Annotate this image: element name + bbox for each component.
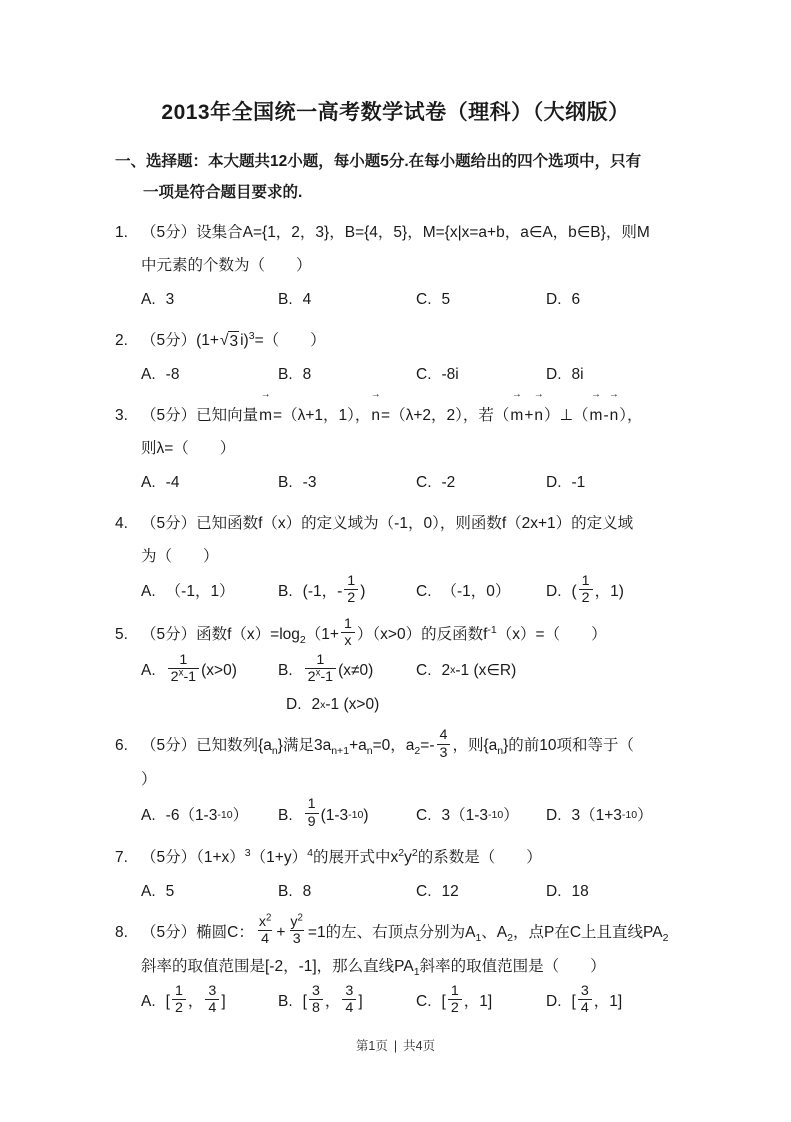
option-row: A.-8B.8C.-8iD.8i — [141, 359, 691, 390]
fraction: 12x-1 — [305, 652, 336, 686]
option-row: A.[12，34]B.[38，34]C.[12，1]D.[34，1] — [141, 985, 691, 1019]
question-number: 2. — [115, 324, 128, 357]
option-label: C. — [416, 467, 432, 498]
option-label: B. — [278, 359, 293, 390]
fraction-numerator: 3 — [578, 983, 592, 999]
question-line: （5分）(1+√3i)3=（ ） — [141, 324, 691, 357]
superscript: 4 — [307, 847, 313, 859]
option-content: 5 — [166, 876, 175, 907]
option-c: C.12 — [416, 876, 546, 907]
option-content: 8 — [303, 359, 312, 390]
option-content: 6 — [572, 284, 581, 315]
question-line: （5分）（1+x）3（1+y）4的展开式中x2y2的系数是（ ） — [141, 841, 691, 874]
vector-symbol: →m — [259, 399, 272, 432]
footer-page-number: 第1页 — [356, 1039, 388, 1053]
option-c: C.[12，1] — [416, 985, 546, 1019]
option-label: B. — [278, 986, 293, 1017]
option-content: 2x-1 (x∈R) — [442, 655, 517, 686]
fraction-numerator: 4 — [437, 727, 451, 743]
fraction-numerator: 1 — [448, 983, 462, 999]
fraction-denominator: 9 — [305, 813, 319, 830]
fraction-denominator: 2x-1 — [168, 668, 199, 685]
question-4: 4.（5分）已知函数f（x）的定义域为（-1，0），则函数f（2x+1）的定义域… — [141, 507, 691, 609]
option-row: A.3B.4C.5D.6 — [141, 284, 691, 315]
option-label: C. — [416, 655, 432, 686]
superscript: x — [179, 667, 184, 678]
option-content: [12，34] — [166, 985, 226, 1019]
option-label: A. — [141, 576, 156, 607]
option-b: B.8 — [278, 359, 416, 390]
question-7: 7.（5分）（1+x）3（1+y）4的展开式中x2y2的系数是（ ）A.5B.8… — [141, 841, 691, 907]
fraction-denominator: 4 — [578, 999, 592, 1016]
fraction: 12x-1 — [168, 652, 199, 686]
vector-arrow-icon: → — [512, 390, 522, 400]
option-d: D.(12，1) — [546, 575, 624, 609]
question-number: 4. — [115, 507, 128, 540]
fraction: 34 — [205, 983, 219, 1017]
fraction-numerator: 1 — [172, 983, 186, 999]
option-a: A.12x-1(x>0) — [141, 654, 278, 688]
fraction-denominator: 3 — [290, 930, 304, 947]
option-a: A.-4 — [141, 467, 278, 498]
option-label: D. — [546, 986, 562, 1017]
subscript: 2 — [663, 932, 669, 944]
fraction-denominator: 2 — [448, 999, 462, 1016]
option-content: [34，1] — [572, 985, 623, 1019]
footer-separator: | — [394, 1039, 397, 1053]
sqrt-radicand: 3 — [228, 331, 239, 351]
option-content: -8 — [166, 359, 180, 390]
question-line: （5分）椭圆C：x24+y23=1的左、右顶点分别为A1、A2，点P在C上且直线… — [141, 916, 691, 950]
option-content: 4 — [303, 284, 312, 315]
option-label: B. — [278, 284, 293, 315]
option-d: D.-1 — [546, 467, 585, 498]
option-c: C.-8i — [416, 359, 546, 390]
option-content: 3 — [166, 284, 175, 315]
fraction-numerator: 1 — [579, 573, 593, 589]
fraction-numerator: 1 — [341, 616, 355, 632]
fraction: 12 — [344, 573, 358, 607]
superscript: 3 — [249, 330, 255, 342]
option-label: C. — [416, 800, 432, 831]
question-number: 3. — [115, 399, 128, 432]
option-c: C.2x-1 (x∈R) — [416, 655, 546, 686]
option-row: A.-4B.-3C.-2D.-1 — [141, 467, 691, 498]
option-content: -4 — [166, 467, 180, 498]
vector-arrow-icon: → — [534, 390, 544, 400]
option-b: B.-3 — [278, 467, 416, 498]
vector-arrow-icon: → — [591, 390, 601, 400]
fraction-numerator: 3 — [309, 983, 323, 999]
section-heading-line2: 一项是符合题目要求的. — [115, 177, 681, 208]
option-label: C. — [416, 576, 432, 607]
option-d: D.18 — [546, 876, 589, 907]
option-content: (-1，-12) — [303, 575, 366, 609]
question-line: 则λ=（ ） — [141, 432, 691, 465]
fraction: 19 — [305, 796, 319, 830]
option-a: A.（-1，1） — [141, 576, 278, 607]
option-content: 8i — [572, 359, 584, 390]
superscript: 2 — [398, 847, 404, 859]
option-label: D. — [546, 800, 562, 831]
fraction: 12 — [579, 573, 593, 607]
option-row: D.2x-1 (x>0) — [286, 689, 691, 720]
option-d: D.6 — [546, 284, 580, 315]
fraction: x24 — [256, 914, 275, 948]
option-a: A.3 — [141, 284, 278, 315]
question-number: 1. — [115, 216, 128, 249]
question-line: 中元素的个数为（ ） — [141, 249, 691, 282]
subscript: n — [272, 745, 278, 757]
question-list: 1.（5分）设集合A={1，2，3}，B={4，5}，M={x|x=a+b，a∈… — [115, 216, 691, 1019]
option-b: B.[38，34] — [278, 985, 416, 1019]
section-heading: 一、选择题：本大题共12小题，每小题5分.在每小题给出的四个选项中，只有 一项是… — [115, 146, 681, 208]
fraction-denominator: 4 — [342, 999, 356, 1016]
sqrt-sign: √ — [220, 331, 229, 350]
question-number: 6. — [115, 729, 128, 762]
fraction: 1x — [341, 616, 355, 650]
option-content: （-1，1） — [166, 576, 235, 607]
option-label: D. — [546, 467, 562, 498]
option-label: C. — [416, 284, 432, 315]
vector-symbol: →m — [510, 399, 523, 432]
question-number: 7. — [115, 841, 128, 874]
option-label: C. — [416, 986, 432, 1017]
question-line: （5分）已知函数f（x）的定义域为（-1，0），则函数f（2x+1）的定义域 — [141, 507, 691, 540]
subscript: 1 — [475, 932, 481, 944]
question-1: 1.（5分）设集合A={1，2，3}，B={4，5}，M={x|x=a+b，a∈… — [141, 216, 691, 315]
option-label: C. — [416, 359, 432, 390]
vector-symbol: →n — [371, 399, 380, 432]
subscript: 2 — [300, 634, 306, 646]
subscript: n — [497, 745, 503, 757]
fraction-numerator: 1 — [305, 796, 319, 812]
superscript: 2 — [412, 847, 418, 859]
option-label: D. — [546, 284, 562, 315]
fraction-denominator: 2x-1 — [305, 668, 336, 685]
vector-arrow-icon: → — [261, 390, 271, 400]
option-a: A.5 — [141, 876, 278, 907]
subscript: 2 — [414, 745, 420, 757]
option-content: 19(1-3-10) — [303, 798, 369, 832]
option-content: [12，1] — [442, 985, 493, 1019]
option-label: A. — [141, 284, 156, 315]
page-footer: 第1页|共4页 — [0, 1036, 791, 1054]
vector-symbol: →m — [590, 399, 603, 432]
option-content: (12，1) — [572, 575, 624, 609]
option-row: A.-6（1-3-10）B.19(1-3-10)C.3（1-3-10）D.3（1… — [141, 798, 691, 832]
question-8: 8.（5分）椭圆C：x24+y23=1的左、右顶点分别为A1、A2，点P在C上且… — [141, 916, 691, 1019]
vector-arrow-icon: → — [609, 390, 619, 400]
question-6: 6.（5分）已知数列{an}满足3an+1+an=0，a2=-43，则{an}的… — [141, 729, 691, 832]
question-number: 5. — [115, 618, 128, 651]
option-label: A. — [141, 359, 156, 390]
fraction-numerator: 1 — [344, 573, 358, 589]
option-content: -3 — [303, 467, 317, 498]
page-title: 2013年全国统一高考数学试卷（理科）（大纲版） — [0, 0, 791, 126]
option-content: 3（1-3-10） — [442, 800, 519, 831]
subscript: 2 — [507, 932, 513, 944]
option-label: B. — [278, 655, 293, 686]
option-c: C.3（1-3-10） — [416, 800, 546, 831]
superscript: -1 — [487, 624, 496, 636]
option-c: C.-2 — [416, 467, 546, 498]
option-content: 12x-1(x>0) — [166, 654, 237, 688]
fraction-denominator: 3 — [437, 744, 451, 761]
option-d: D.8i — [546, 359, 584, 390]
subscript: n — [367, 745, 373, 757]
fraction-denominator: 2 — [344, 589, 358, 606]
option-label: D. — [546, 359, 562, 390]
option-content: 5 — [442, 284, 451, 315]
option-content: -8i — [442, 359, 459, 390]
fraction-denominator: 2 — [172, 999, 186, 1016]
option-row: A.5B.8C.12D.18 — [141, 876, 691, 907]
fraction-numerator: 1 — [313, 652, 327, 668]
sqrt-expression: √3 — [220, 331, 239, 351]
option-row: A.12x-1(x>0)B.12x-1(x≠0)C.2x-1 (x∈R) — [141, 654, 691, 688]
option-content: 3（1+3-10） — [572, 800, 653, 831]
option-row: A.（-1，1）B.(-1，-12)C.（-1，0）D.(12，1) — [141, 575, 691, 609]
option-content: 18 — [572, 876, 589, 907]
fraction-numerator: x2 — [256, 914, 275, 930]
option-d: D.3（1+3-10） — [546, 800, 653, 831]
option-content: 2x-1 (x>0) — [312, 689, 380, 720]
question-3: 3.（5分）已知向量→m=（λ+1，1），→n=（λ+2，2），若（→m+→n）… — [141, 399, 691, 498]
option-content: 12 — [442, 876, 459, 907]
question-line: （5分）函数f（x）=log2（1+1x）（x>0）的反函数f-1（x）=（ ） — [141, 618, 691, 652]
exam-page: 2013年全国统一高考数学试卷（理科）（大纲版） 一、选择题：本大题共12小题，… — [0, 0, 791, 1122]
option-b: B.19(1-3-10) — [278, 798, 416, 832]
question-line: 为（ ） — [141, 540, 691, 573]
option-label: B. — [278, 800, 293, 831]
option-a: A.-8 — [141, 359, 278, 390]
vector-symbol: →n — [610, 399, 619, 432]
fraction: y23 — [287, 914, 306, 948]
vector-arrow-icon: → — [371, 390, 381, 400]
option-label: B. — [278, 876, 293, 907]
vector-symbol: →n — [534, 399, 543, 432]
fraction-denominator: 8 — [309, 999, 323, 1016]
fraction-numerator: 3 — [205, 983, 219, 999]
superscript: 3 — [245, 847, 251, 859]
option-b: B.8 — [278, 876, 416, 907]
option-content: 8 — [303, 876, 312, 907]
option-d: D.2x-1 (x>0) — [286, 689, 423, 720]
section-heading-line1: 一、选择题：本大题共12小题，每小题5分.在每小题给出的四个选项中，只有 — [115, 146, 681, 177]
question-line: （5分）设集合A={1，2，3}，B={4，5}，M={x|x=a+b，a∈A，… — [141, 216, 691, 249]
fraction: 12 — [172, 983, 186, 1017]
fraction: 34 — [578, 983, 592, 1017]
fraction: 34 — [342, 983, 356, 1017]
fraction-numerator: y2 — [287, 914, 306, 930]
fraction: 43 — [437, 727, 451, 761]
option-label: D. — [546, 576, 562, 607]
footer-total-pages: 共4页 — [403, 1039, 435, 1053]
question-number: 8. — [115, 916, 128, 949]
question-5: 5.（5分）函数f（x）=log2（1+1x）（x>0）的反函数f-1（x）=（… — [141, 618, 691, 721]
fraction: 12 — [448, 983, 462, 1017]
fraction: 38 — [309, 983, 323, 1017]
option-label: A. — [141, 986, 156, 1017]
option-b: B.4 — [278, 284, 416, 315]
fraction-denominator: x — [341, 632, 354, 649]
question-line: ） — [141, 763, 691, 796]
option-label: D. — [286, 689, 302, 720]
option-label: B. — [278, 576, 293, 607]
option-content: [38，34] — [303, 985, 363, 1019]
option-b: B.12x-1(x≠0) — [278, 654, 416, 688]
subscript: n+1 — [331, 745, 349, 757]
subscript: 1 — [414, 966, 420, 978]
option-content: -2 — [442, 467, 456, 498]
option-label: A. — [141, 655, 156, 686]
fraction-numerator: 3 — [342, 983, 356, 999]
option-a: A.-6（1-3-10） — [141, 800, 278, 831]
fraction-denominator: 4 — [258, 930, 272, 947]
option-content: 12x-1(x≠0) — [303, 654, 374, 688]
superscript: 2 — [266, 912, 271, 923]
fraction-denominator: 2 — [579, 589, 593, 606]
option-label: A. — [141, 876, 156, 907]
option-b: B.(-1，-12) — [278, 575, 416, 609]
option-content: -1 — [572, 467, 586, 498]
option-c: C.5 — [416, 284, 546, 315]
option-label: A. — [141, 467, 156, 498]
question-2: 2.（5分）(1+√3i)3=（ ）A.-8B.8C.-8iD.8i — [141, 324, 691, 390]
option-a: A.[12，34] — [141, 985, 278, 1019]
fraction-denominator: 4 — [205, 999, 219, 1016]
option-label: B. — [278, 467, 293, 498]
superscript: 2 — [298, 912, 303, 923]
option-content: -6（1-3-10） — [166, 800, 248, 831]
option-c: C.（-1，0） — [416, 576, 546, 607]
question-line: 斜率的取值范围是[-2，-1]，那么直线PA1斜率的取值范围是（ ） — [141, 950, 691, 983]
option-content: （-1，0） — [442, 576, 511, 607]
option-label: A. — [141, 800, 156, 831]
fraction-numerator: 1 — [176, 652, 190, 668]
question-line: （5分）已知向量→m=（λ+1，1），→n=（λ+2，2），若（→m+→n）⊥（… — [141, 399, 691, 432]
option-d: D.[34，1] — [546, 985, 622, 1019]
superscript: x — [316, 667, 321, 678]
option-label: D. — [546, 876, 562, 907]
question-line: （5分）已知数列{an}满足3an+1+an=0，a2=-43，则{an}的前1… — [141, 729, 691, 763]
option-label: C. — [416, 876, 432, 907]
